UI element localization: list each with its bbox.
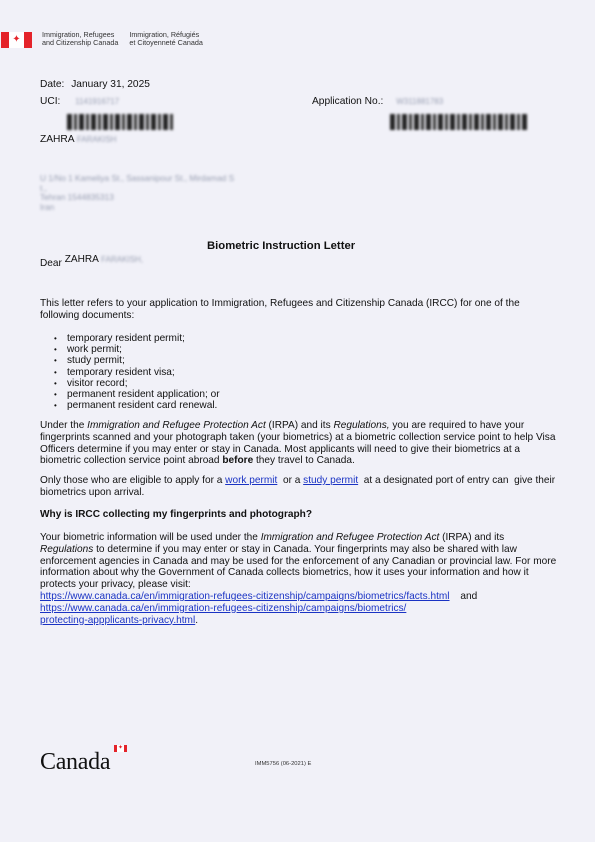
uci-barcode	[67, 114, 175, 130]
biometric-use-paragraph: Your biometric information will be used …	[40, 532, 560, 626]
date-label: Date:	[40, 79, 64, 90]
section-heading: Why is IRCC collecting my fingerprints a…	[40, 509, 560, 521]
document-list: temporary resident permit; work permit; …	[40, 333, 540, 411]
application-value: W311881783	[396, 97, 443, 106]
port-of-entry-paragraph: Only those who are eligible to apply for…	[40, 475, 560, 499]
list-item: work permit;	[40, 344, 540, 355]
department-name-fr: Immigration, Réfugiés et Citoyenneté Can…	[129, 31, 203, 47]
letterhead: ✦ Immigration, Refugees and Citizenship …	[0, 31, 203, 48]
date-line: Date: January 31, 2025	[40, 79, 150, 90]
list-item: permanent resident card renewal.	[40, 400, 540, 411]
list-item: study permit;	[40, 355, 540, 366]
biometrics-requirement-paragraph: Under the Immigration and Refugee Protec…	[40, 420, 560, 467]
list-item: temporary resident permit;	[40, 333, 540, 344]
uci-value: 1141916717	[75, 97, 119, 106]
wordmark-flag-icon: ✦	[114, 745, 127, 752]
biometrics-facts-link[interactable]: https://www.canada.ca/en/immigration-ref…	[40, 591, 450, 602]
application-barcode	[390, 114, 528, 130]
study-permit-link[interactable]: study permit	[303, 475, 358, 486]
list-item: visitor record;	[40, 378, 540, 389]
letter-title: Biometric Instruction Letter	[207, 240, 355, 252]
work-permit-link[interactable]: work permit	[225, 475, 277, 486]
list-item: permanent resident application; or	[40, 389, 540, 400]
intro-paragraph: This letter refers to your application t…	[40, 298, 560, 322]
recipient-address: U 1/No 1 Kameliya St., Sassanipour St., …	[40, 174, 234, 212]
form-code: IMM5756 (06-2021) E	[255, 761, 311, 767]
department-name-en: Immigration, Refugees and Citizenship Ca…	[42, 31, 118, 47]
application-line: Application No.: W311881783	[312, 96, 443, 107]
uci-line: UCI: 1141916717	[40, 96, 119, 107]
application-label: Application No.:	[312, 96, 383, 107]
salutation: Dear ZAHRA FARAKISH,	[40, 254, 143, 265]
date-value: January 31, 2025	[71, 79, 150, 90]
privacy-link[interactable]: https://www.canada.ca/en/immigration-ref…	[40, 603, 406, 626]
canada-flag-icon: ✦	[1, 32, 32, 48]
recipient-name: ZAHRA FARAKISH	[40, 134, 116, 145]
uci-label: UCI:	[40, 96, 60, 107]
canada-wordmark: Canada ✦	[40, 749, 110, 776]
list-item: temporary resident visa;	[40, 367, 540, 378]
